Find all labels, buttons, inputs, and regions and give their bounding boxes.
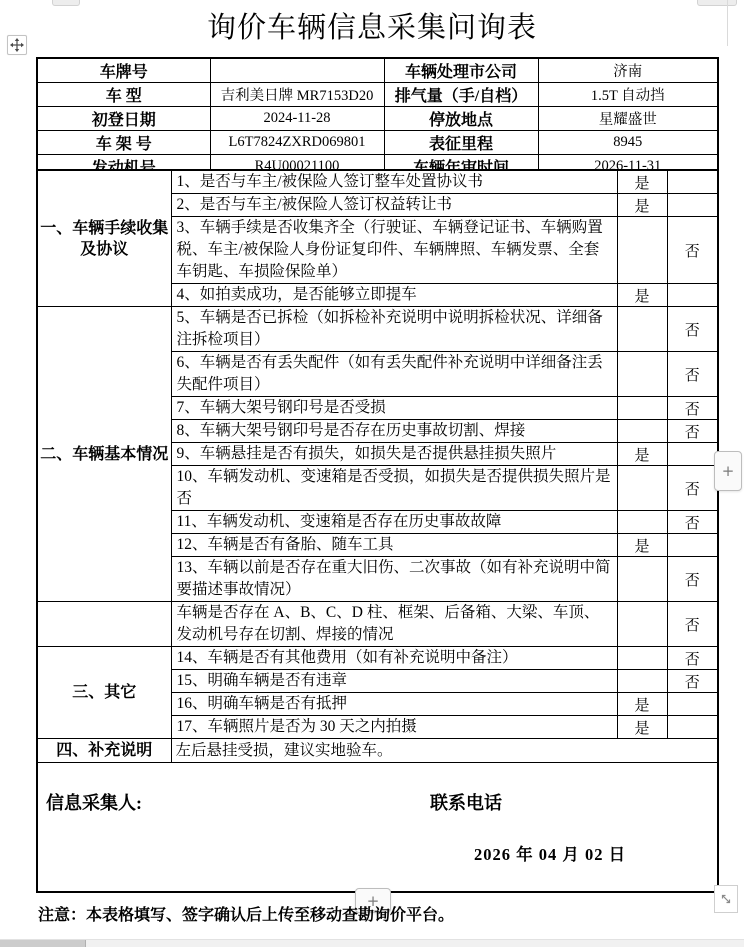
answer-no-cell: 否 [667, 602, 718, 647]
field-value: 8945 [538, 131, 718, 155]
field-value: 吉利美日牌 MR7153D20 [210, 83, 384, 107]
question-cell: 17、车辆照片是否为 30 天之内拍摄 [171, 716, 617, 739]
field-label: 车 型 [37, 83, 210, 107]
answer-yes-cell [617, 557, 667, 602]
question-cell: 5、车辆是否已拆检（如拆检补充说明中说明拆检状况、详细备注拆检项目） [171, 307, 617, 352]
answer-yes-cell [617, 420, 667, 443]
supplement-text: 左后悬挂受损，建议实地验车。 [171, 739, 718, 763]
answer-no-cell: 否 [667, 557, 718, 602]
checklist-row: 车辆是否存在 A、B、C、D 柱、框架、后备箱、大梁、车顶、发动机号存在切割、焊… [37, 602, 718, 647]
answer-no-cell [667, 284, 718, 307]
answer-yes-cell [617, 670, 667, 693]
info-row: 初登日期2024-11-28停放地点星耀盛世 [37, 107, 718, 131]
answer-yes-cell [617, 647, 667, 670]
question-cell: 7、车辆大架号钢印号是否受损 [171, 397, 617, 420]
phone-label: 联系电话 [430, 789, 502, 815]
info-row: 车 型吉利美日牌 MR7153D20排气量（手/自档）1.5T 自动挡 [37, 83, 718, 107]
answer-yes-cell [617, 466, 667, 511]
top-scrollbar-fragment-left [52, 0, 80, 6]
supplement-row: 四、补充说明 左后悬挂受损，建议实地验车。 [37, 739, 718, 763]
info-row: 车 架 号L6T7824ZXRD069801表征里程8945 [37, 131, 718, 155]
checklist-table: 一、车辆手续收集及协议1、是否与车主/被保险人签订整车处置协议书是2、是否与车主… [36, 169, 719, 893]
answer-yes-cell [617, 217, 667, 284]
answer-no-cell [667, 443, 718, 466]
answer-yes-cell: 是 [617, 170, 667, 194]
field-value [210, 58, 384, 83]
answer-no-cell [667, 194, 718, 217]
field-value: L6T7824ZXRD069801 [210, 131, 384, 155]
checklist-row: 三、其它14、车辆是否有其他费用（如有补充说明中备注）否 [37, 647, 718, 670]
section-label [37, 602, 171, 647]
checklist-row: 一、车辆手续收集及协议1、是否与车主/被保险人签订整车处置协议书是 [37, 170, 718, 194]
horizontal-scrollbar[interactable] [0, 939, 744, 947]
answer-no-cell [667, 693, 718, 716]
add-column-button[interactable]: + [714, 451, 742, 491]
section-label: 三、其它 [37, 647, 171, 739]
question-cell: 14、车辆是否有其他费用（如有补充说明中备注） [171, 647, 617, 670]
field-label: 排气量（手/自档） [384, 83, 538, 107]
answer-yes-cell: 是 [617, 693, 667, 716]
answer-yes-cell [617, 511, 667, 534]
signature-row: 信息采集人: 联系电话 2026 年 04 月 02 日 [37, 763, 718, 893]
answer-no-cell [667, 534, 718, 557]
question-cell: 1、是否与车主/被保险人签订整车处置协议书 [171, 170, 617, 194]
question-cell: 4、如拍卖成功，是否能够立即提车 [171, 284, 617, 307]
collector-label: 信息采集人: [46, 789, 142, 815]
answer-yes-cell: 是 [617, 194, 667, 217]
answer-yes-cell [617, 397, 667, 420]
answer-no-cell [667, 170, 718, 194]
question-cell: 11、车辆发动机、变速箱是否存在历史事故故障 [171, 511, 617, 534]
field-label: 车牌号 [37, 58, 210, 83]
field-label: 停放地点 [384, 107, 538, 131]
question-cell: 2、是否与车主/被保险人签订权益转让书 [171, 194, 617, 217]
answer-no-cell: 否 [667, 352, 718, 397]
answer-no-cell: 否 [667, 397, 718, 420]
top-scrollbar-fragment-right [697, 0, 737, 6]
move-icon [10, 38, 24, 52]
answer-no-cell: 否 [667, 217, 718, 284]
answer-yes-cell: 是 [617, 716, 667, 739]
question-cell: 6、车辆是否有丢失配件（如有丢失配件补充说明中详细备注丢失配件项目） [171, 352, 617, 397]
question-cell: 9、车辆悬挂是否有损失，如损失是否提供悬挂损失照片 [171, 443, 617, 466]
section-label: 二、车辆基本情况 [37, 307, 171, 602]
field-value: 星耀盛世 [538, 107, 718, 131]
info-row: 车牌号车辆处理市公司济南 [37, 58, 718, 83]
field-label: 车 架 号 [37, 131, 210, 155]
answer-yes-cell: 是 [617, 284, 667, 307]
question-cell: 12、车辆是否有备胎、随车工具 [171, 534, 617, 557]
question-cell: 车辆是否存在 A、B、C、D 柱、框架、后备箱、大梁、车顶、发动机号存在切割、焊… [171, 602, 617, 647]
table-resize-handle[interactable] [714, 885, 738, 913]
footer-note: 注意：本表格填写、签字确认后上传至移动查勘询价平台。 [38, 902, 454, 925]
answer-yes-cell: 是 [617, 443, 667, 466]
answer-no-cell: 否 [667, 511, 718, 534]
scrollbar-thumb[interactable] [0, 940, 86, 947]
question-cell: 13、车辆以前是否存在重大旧伤、二次事故（如有补充说明中简要描述事故情况） [171, 557, 617, 602]
question-cell: 15、明确车辆是否有违章 [171, 670, 617, 693]
document-title: 询价车辆信息采集问询表 [0, 5, 744, 46]
answer-no-cell: 否 [667, 670, 718, 693]
supplement-section-label: 四、补充说明 [37, 739, 171, 763]
question-cell: 10、车辆发动机、变速箱是否受损，如损失是否提供损失照片是否 [171, 466, 617, 511]
field-value: 1.5T 自动挡 [538, 83, 718, 107]
question-cell: 8、车辆大架号钢印号是否存在历史事故切割、焊接 [171, 420, 617, 443]
answer-no-cell: 否 [667, 307, 718, 352]
answer-yes-cell [617, 352, 667, 397]
plus-icon: + [722, 462, 735, 480]
field-label: 车辆处理市公司 [384, 58, 538, 83]
field-label: 初登日期 [37, 107, 210, 131]
question-cell: 16、明确车辆是否有抵押 [171, 693, 617, 716]
answer-yes-cell: 是 [617, 534, 667, 557]
answer-no-cell: 否 [667, 420, 718, 443]
checklist-row: 二、车辆基本情况5、车辆是否已拆检（如拆检补充说明中说明拆检状况、详细备注拆检项… [37, 307, 718, 352]
question-cell: 3、车辆手续是否收集齐全（行驶证、车辆登记证书、车辆购置税、车主/被保险人身份证… [171, 217, 617, 284]
signature-date: 2026 年 04 月 02 日 [474, 841, 626, 865]
answer-no-cell: 否 [667, 647, 718, 670]
answer-no-cell: 否 [667, 466, 718, 511]
field-value: 2024-11-28 [210, 107, 384, 131]
section-label: 一、车辆手续收集及协议 [37, 170, 171, 307]
field-value: 济南 [538, 58, 718, 83]
diagonal-resize-icon [719, 892, 733, 906]
answer-yes-cell [617, 307, 667, 352]
signature-area: 信息采集人: 联系电话 2026 年 04 月 02 日 [38, 763, 717, 891]
field-label: 表征里程 [384, 131, 538, 155]
vehicle-info-table: 车牌号车辆处理市公司济南车 型吉利美日牌 MR7153D20排气量（手/自档）1… [36, 57, 719, 180]
table-move-handle[interactable] [7, 35, 27, 55]
right-edge-line [727, 0, 728, 46]
answer-yes-cell [617, 602, 667, 647]
answer-no-cell [667, 716, 718, 739]
